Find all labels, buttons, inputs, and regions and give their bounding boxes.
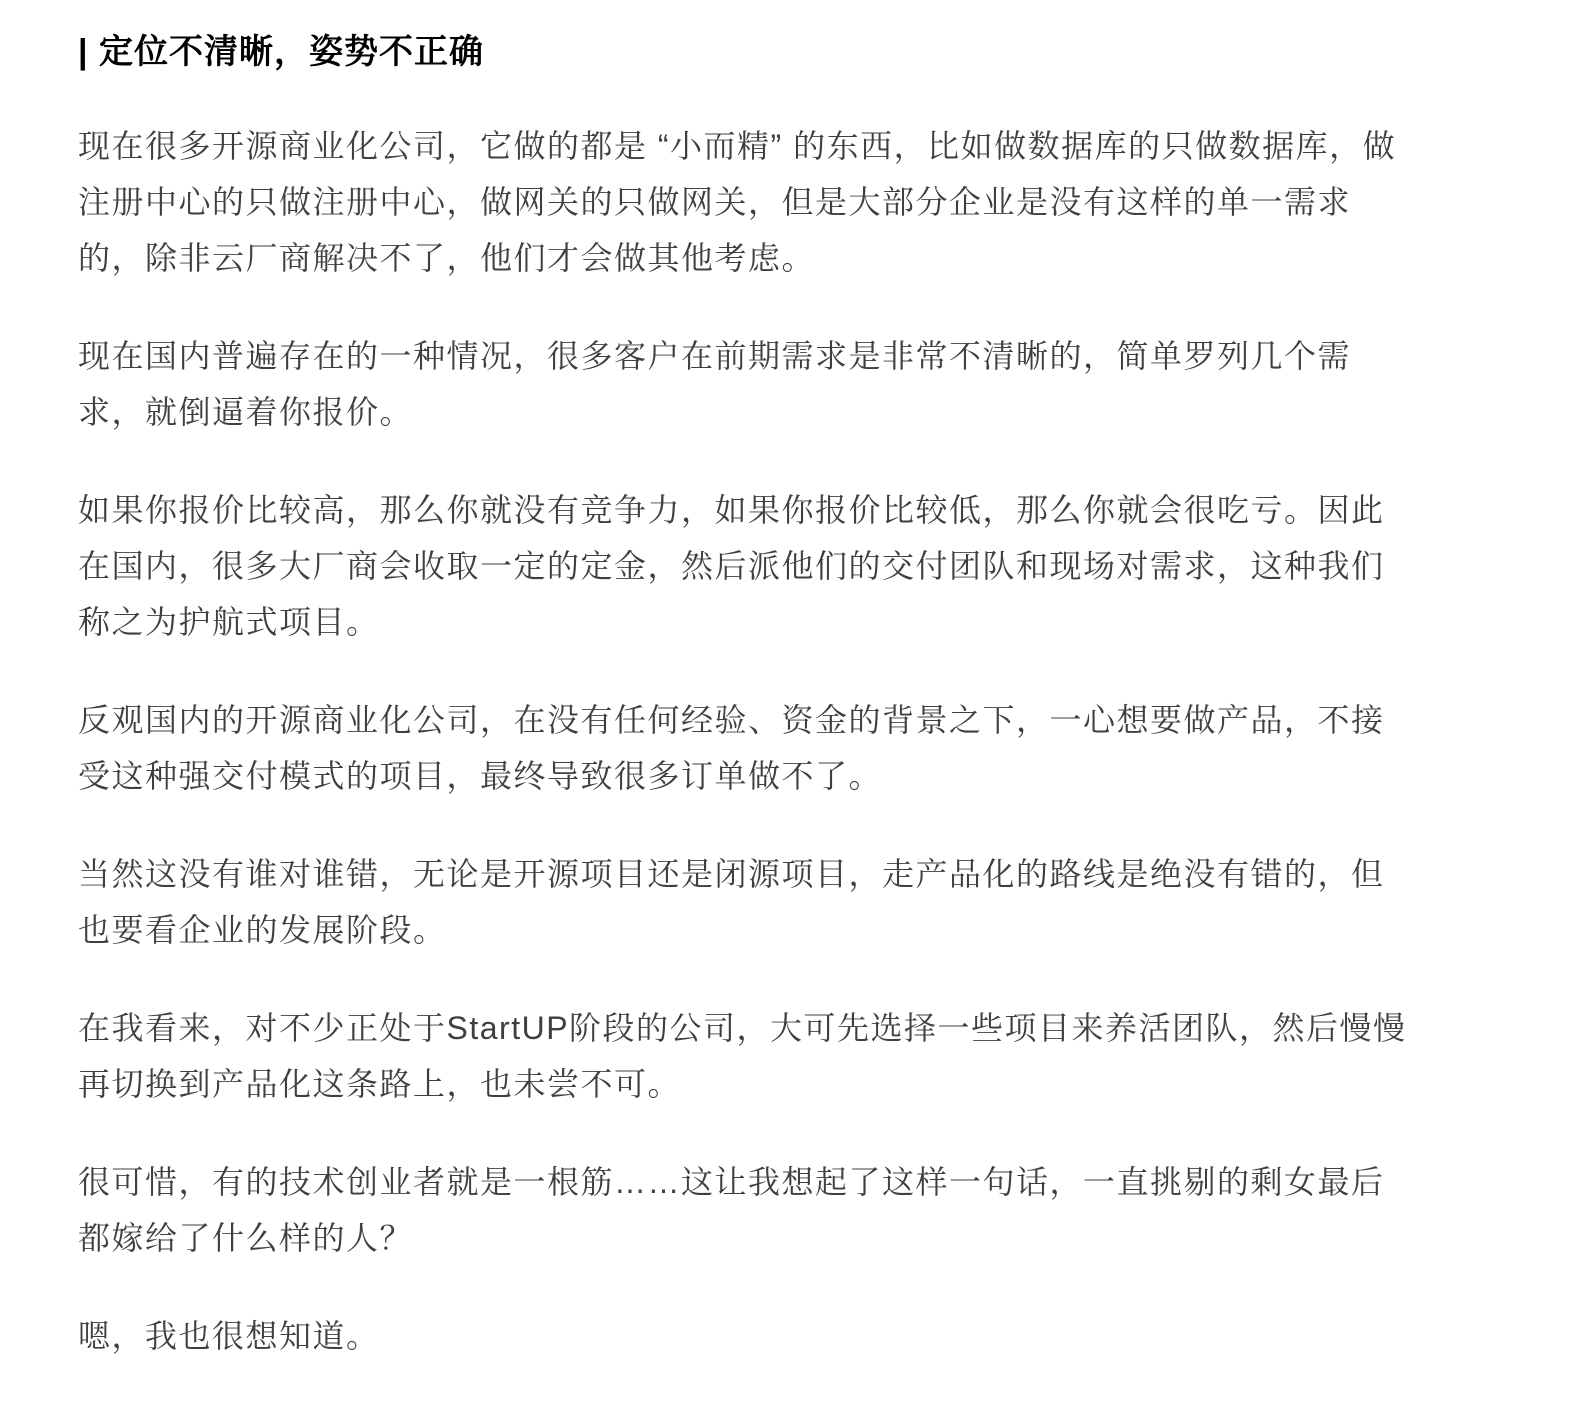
paragraph-6: 在我看来，对不少正处于StartUP阶段的公司，大可先选择一些项目来养活团队，然… <box>78 1000 1417 1112</box>
paragraph-1: 现在很多开源商业化公司，它做的都是 “小而精” 的东西，比如做数据库的只做数据库… <box>78 118 1417 286</box>
paragraph-4: 反观国内的开源商业化公司，在没有任何经验、资金的背景之下，一心想要做产品，不接受… <box>78 692 1417 804</box>
paragraph-2: 现在国内普遍存在的一种情况，很多客户在前期需求是非常不清晰的，简单罗列几个需求，… <box>78 328 1417 440</box>
paragraph-8: 嗯，我也很想知道。 <box>78 1308 1417 1364</box>
section-heading: | 定位不清晰，姿势不正确 <box>78 28 1417 76</box>
paragraph-5: 当然这没有谁对谁错，无论是开源项目还是闭源项目，走产品化的路线是绝没有错的，但也… <box>78 846 1417 958</box>
paragraph-3: 如果你报价比较高，那么你就没有竞争力，如果你报价比较低，那么你就会很吃亏。因此在… <box>78 482 1417 650</box>
paragraph-7: 很可惜，有的技术创业者就是一根筋……这让我想起了这样一句话，一直挑剔的剩女最后都… <box>78 1154 1417 1266</box>
article-body: | 定位不清晰，姿势不正确 现在很多开源商业化公司，它做的都是 “小而精” 的东… <box>0 0 1582 1394</box>
